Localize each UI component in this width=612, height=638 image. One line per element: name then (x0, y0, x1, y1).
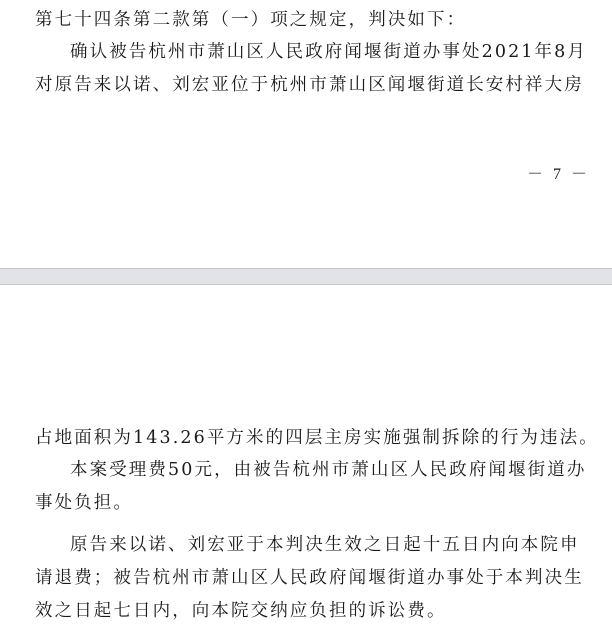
page-separator (0, 268, 612, 285)
document-page-7: 第七十四条第二款第（一）项之规定，判决如下： 确认被告杭州市萧山区人民政府闻堰街… (0, 0, 612, 268)
text-line: 第七十四条第二款第（一）项之规定，判决如下： (35, 9, 466, 31)
document-page-8: 占地面积为143.26平方米的四层主房实施强制拆除的行为违法。 本案受理费50元… (0, 285, 612, 638)
text-line: 请退费；被告杭州市萧山区人民政府闻堰街道办事处于本判决生 (35, 567, 584, 589)
text-line: 效之日起七日内，向本院交纳应负担的诉讼费。 (35, 600, 447, 622)
text-line: 原告来以诺、刘宏亚于本判决生效之日起十五日内向本院申 (70, 534, 580, 556)
page-number: － 7 － (527, 161, 590, 184)
text-line: 确认被告杭州市萧山区人民政府闻堰街道办事处2021年8月 (70, 41, 587, 63)
text-line: 对原告来以诺、刘宏亚位于杭州市萧山区闻堰街道长安村祥大房 (35, 74, 584, 96)
text-line: 事处负担。 (35, 492, 133, 514)
document-viewer[interactable]: 第七十四条第二款第（一）项之规定，判决如下： 确认被告杭州市萧山区人民政府闻堰街… (0, 0, 612, 638)
text-line: 本案受理费50元，由被告杭州市萧山区人民政府闻堰街道办 (70, 459, 586, 481)
text-line: 占地面积为143.26平方米的四层主房实施强制拆除的行为违法。 (35, 427, 599, 449)
